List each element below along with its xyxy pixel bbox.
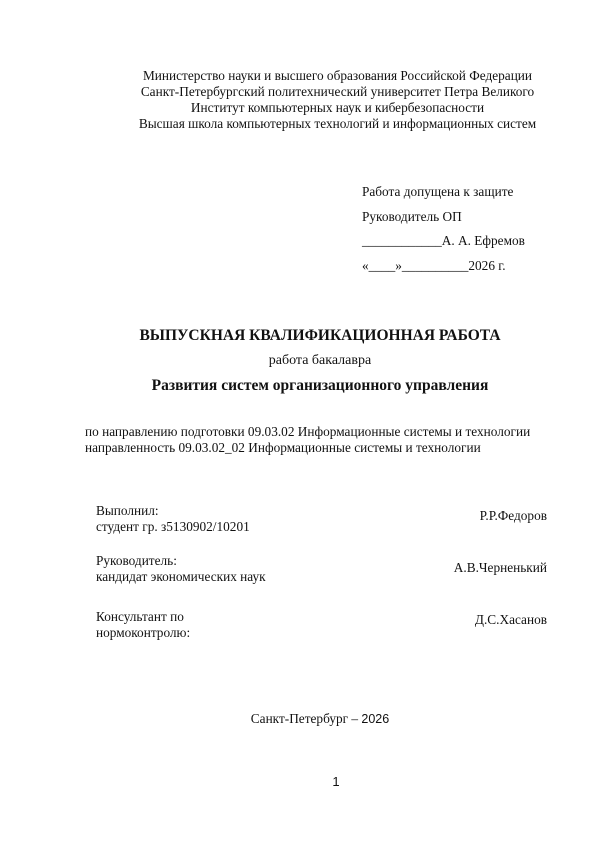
page-number: 1: [326, 774, 346, 790]
author-role: Выполнил:: [96, 503, 250, 519]
approval-date-line: «____»__________2026 г.: [362, 254, 525, 279]
author-group: студент гр. з5130902/10201: [96, 519, 250, 535]
consultant-area: нормоконтролю:: [96, 625, 190, 641]
approval-block: Работа допущена к защите Руководитель ОП…: [362, 180, 525, 278]
consultant-role: Консультант по: [96, 609, 190, 625]
direction-line: по направлению подготовки 09.03.02 Инфор…: [85, 424, 530, 440]
approval-head-signature: ____________А. А. Ефремов: [362, 229, 525, 254]
city-year: Санкт-Петербург – 2026: [85, 711, 555, 727]
school-line: Высшая школа компьютерных технологий и и…: [100, 116, 575, 132]
institution-header: Министерство науки и высшего образования…: [100, 68, 575, 132]
supervisor-name: А.В.Черненький: [454, 560, 547, 576]
university-line: Санкт-Петербургский политехнический унив…: [100, 84, 575, 100]
ministry-line: Министерство науки и высшего образования…: [100, 68, 575, 84]
study-direction: по направлению подготовки 09.03.02 Инфор…: [85, 424, 530, 456]
consultant-name: Д.С.Хасанов: [475, 612, 547, 628]
thesis-topic: Развития систем организационного управле…: [85, 377, 555, 395]
supervisor-role: Руководитель:: [96, 553, 266, 569]
author-name: Р.Р.Федоров: [480, 508, 547, 524]
city: Санкт-Петербург –: [251, 711, 362, 726]
approval-head-title: Руководитель ОП: [362, 205, 525, 230]
supervisor-degree: кандидат экономических наук: [96, 569, 266, 585]
specialization-line: направленность 09.03.02_02 Информационны…: [85, 440, 530, 456]
degree-type: работа бакалавра: [85, 352, 555, 370]
signature-consultant-label: Консультант по нормоконтролю:: [96, 609, 190, 641]
document-title: ВЫПУСКНАЯ КВАЛИФИКАЦИОННАЯ РАБОТА: [85, 327, 555, 345]
signature-author-label: Выполнил: студент гр. з5130902/10201: [96, 503, 250, 535]
approval-admitted: Работа допущена к защите: [362, 180, 525, 205]
year: 2026: [361, 712, 389, 726]
signature-supervisor-label: Руководитель: кандидат экономических нау…: [96, 553, 266, 585]
institute-line: Институт компьютерных наук и кибербезопа…: [100, 100, 575, 116]
